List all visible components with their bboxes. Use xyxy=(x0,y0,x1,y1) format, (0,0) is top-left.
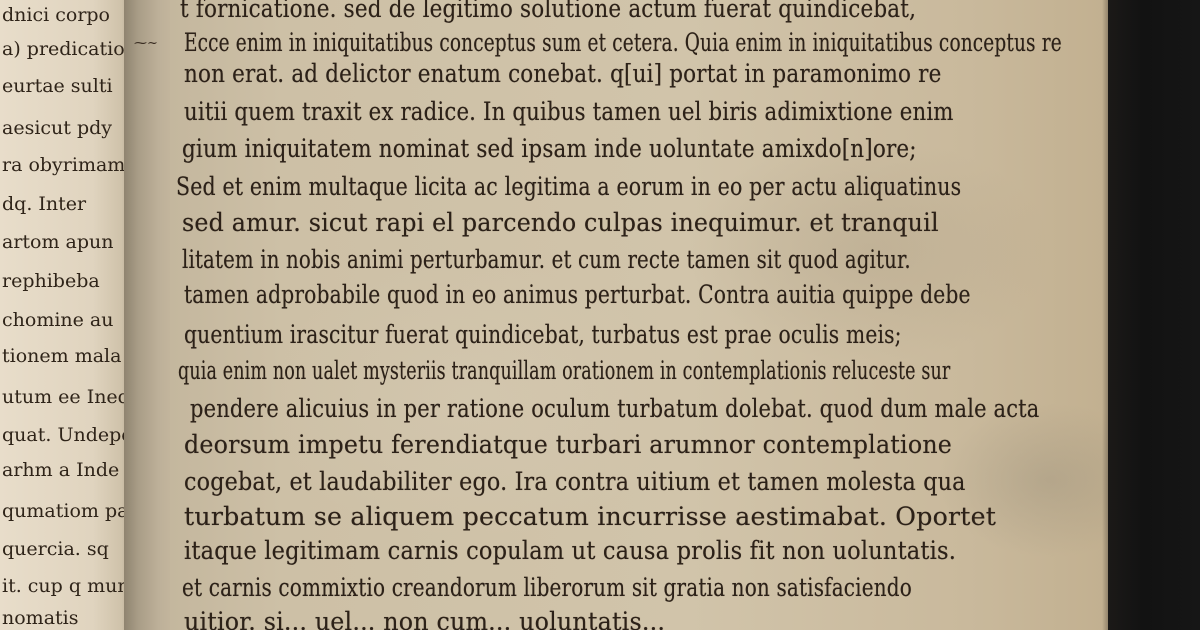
left-folio-edge: dnici corpo a) predicatio eurtae sulti a… xyxy=(0,0,132,630)
text-line: quentium irascitur fuerat quindicebat, t… xyxy=(184,320,902,349)
left-line: dnici corpo xyxy=(2,4,110,26)
left-line: arhm a Inde xyxy=(2,459,119,481)
left-line: artom apun xyxy=(2,231,114,253)
text-line: Ecce enim in iniquitatibus conceptus sum… xyxy=(184,28,1062,57)
left-line: chomine au xyxy=(2,309,114,331)
left-line: quercia. sq xyxy=(2,538,109,560)
left-line: eurtae sulti xyxy=(2,75,113,97)
text-line: et carnis commixtio creandorum liberorum… xyxy=(182,573,912,602)
left-line: rephibeba xyxy=(2,270,100,292)
black-background xyxy=(1105,0,1200,630)
left-line: nomatis xyxy=(2,607,78,629)
left-line: it. cup q mun xyxy=(2,575,130,597)
text-line: sed amur. sicut rapi el parcendo culpas … xyxy=(182,208,939,237)
text-line: Sed et enim multaque licita ac legitima … xyxy=(176,172,961,201)
right-folio: t fornicatione. sed de legitimo solution… xyxy=(170,0,1108,630)
left-line: quat. Undepo xyxy=(2,424,132,446)
text-line: quia enim non ualet mysteriis tranquilla… xyxy=(178,356,950,385)
marginal-mark: ⁓~ xyxy=(134,36,158,51)
text-line: uitior. si... uel... non cum... uoluntat… xyxy=(184,607,665,630)
text-line: deorsum impetu ferendiatque turbari arum… xyxy=(184,430,952,459)
left-line: a) predicatio xyxy=(2,38,125,60)
text-line: non erat. ad delictor enatum conebat. q[… xyxy=(184,59,942,88)
text-line: gium iniquitatem nominat sed ipsam inde … xyxy=(182,134,917,163)
text-line: t fornicatione. sed de legitimo solution… xyxy=(180,0,916,23)
left-line: utum ee Ineque xyxy=(2,386,132,408)
text-line: cogebat, et laudabiliter ego. Ira contra… xyxy=(184,467,966,496)
text-line: tamen adprobabile quod in eo animus pert… xyxy=(184,280,971,309)
text-line: pendere alicuius in per ratione oculum t… xyxy=(190,394,1039,423)
text-line: litatem in nobis animi perturbamur. et c… xyxy=(182,245,911,274)
left-line: qumatiom pa xyxy=(2,500,128,522)
left-line: ra obyrimam xyxy=(2,154,125,176)
left-line: aesicut pdy xyxy=(2,117,112,139)
manuscript-photo: dnici corpo a) predicatio eurtae sulti a… xyxy=(0,0,1200,630)
text-line: turbatum se aliquem peccatum incurrisse … xyxy=(184,502,996,531)
left-line: dq. Inter xyxy=(2,193,86,215)
text-line: itaque legitimam carnis copulam ut causa… xyxy=(184,536,956,565)
text-line: uitii quem traxit ex radice. In quibus t… xyxy=(184,97,954,126)
left-line: tionem mala xyxy=(2,345,121,367)
